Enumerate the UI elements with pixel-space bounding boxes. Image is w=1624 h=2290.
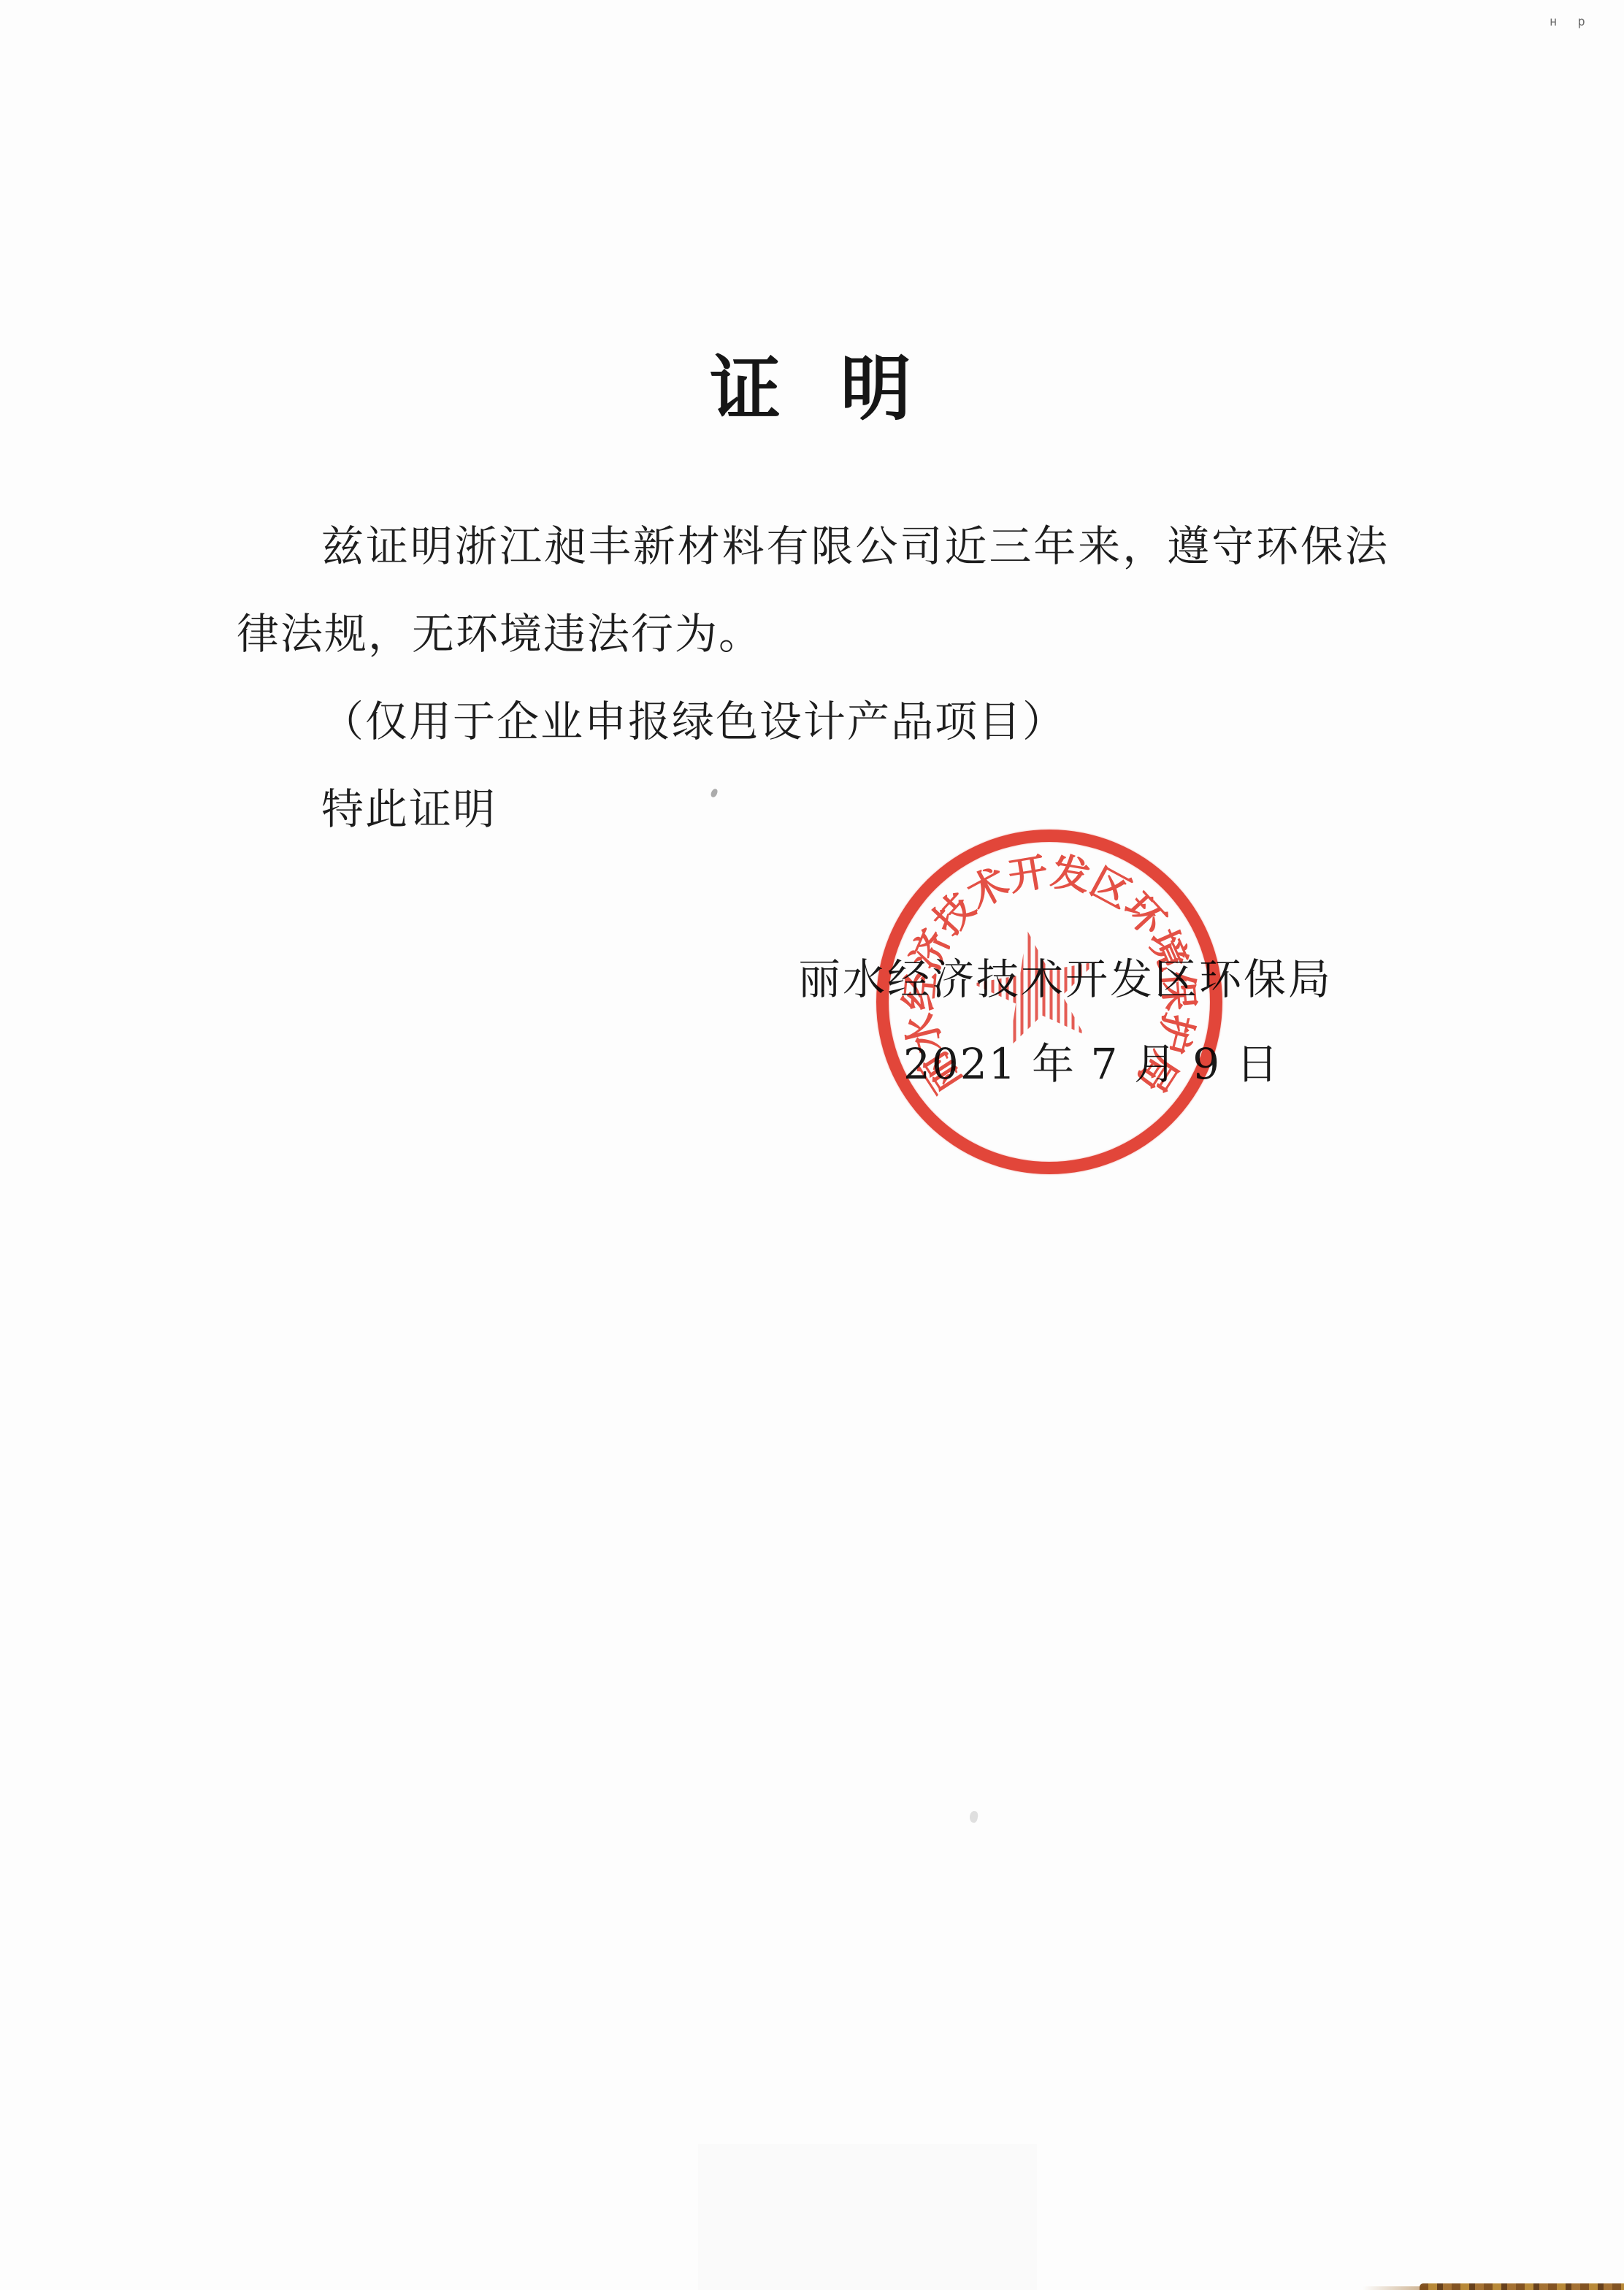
- seal-arc-char: 环: [1116, 881, 1178, 943]
- seal-arc-char: 技: [922, 881, 984, 943]
- paper-edge-fade: [1363, 2286, 1428, 2290]
- paper-edge-artifact: [1420, 2283, 1624, 2290]
- seal-arc-char: 术: [957, 856, 1016, 915]
- body-paragraph-main: 兹证明浙江昶丰新材料有限公司近三年来，遵守环保法律法规，无环境违法行为。: [237, 502, 1389, 678]
- scan-artifact-shade: [698, 2144, 1037, 2290]
- seal-arc-char: 区: [1082, 856, 1141, 915]
- certificate-body: 兹证明浙江昶丰新材料有限公司近三年来，遵守环保法律法规，无环境违法行为。 （仅用…: [237, 502, 1389, 853]
- seal-arc-char: 开: [1003, 846, 1053, 897]
- scan-artifact-corner-mark: н р: [1550, 15, 1592, 29]
- certificate-title: 证 明: [0, 348, 1624, 429]
- body-paragraph-closing: 特此证明: [237, 765, 1389, 853]
- signature-organization: 丽水经济技术开发区环保局: [798, 945, 1333, 1006]
- document-page: н р 证 明 兹证明浙江昶丰新材料有限公司近三年来，遵守环保法律法规，无环境违…: [0, 0, 1624, 2290]
- scan-artifact-smudge: [968, 1810, 978, 1823]
- body-paragraph-note: （仅用于企业申报绿色设计产品项目）: [237, 678, 1389, 765]
- signature-date: 2021 年 7 月 9 日: [903, 1030, 1280, 1091]
- seal-arc-char: 发: [1046, 846, 1096, 897]
